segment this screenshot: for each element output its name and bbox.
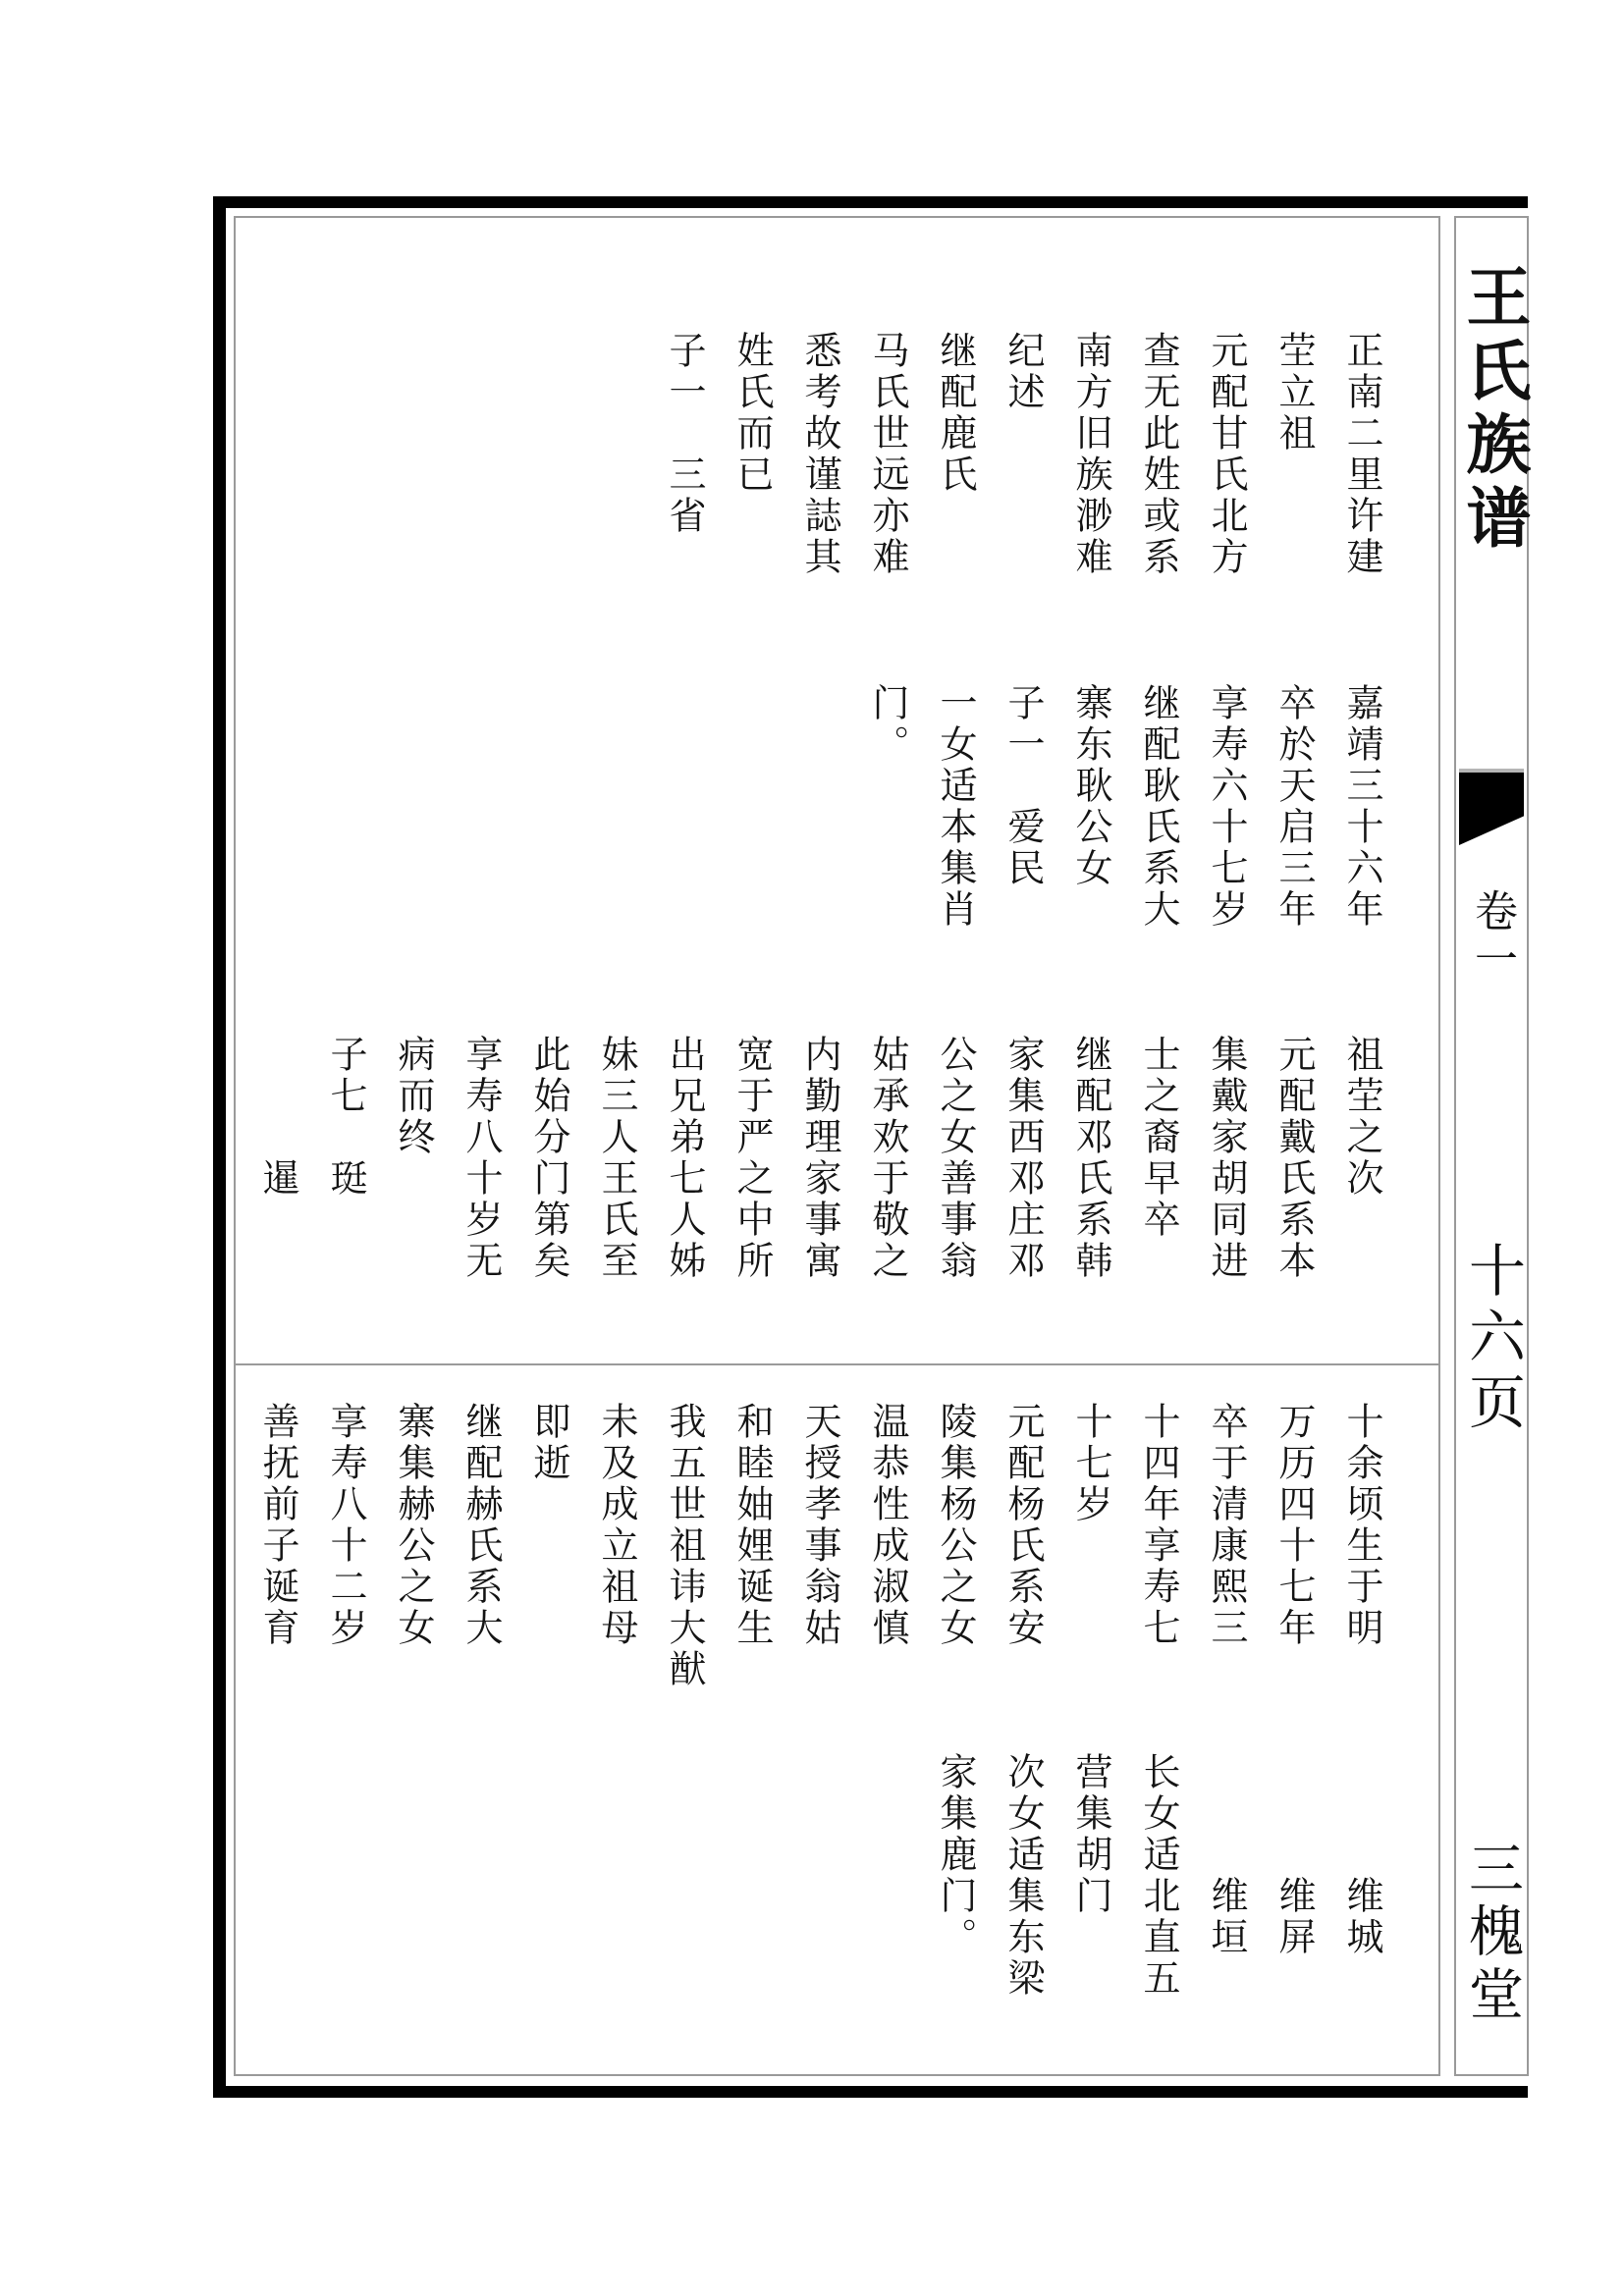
genealogy-column: 家集鹿门。 [935, 1752, 974, 1958]
genealogy-column: 宽于严之中所 [731, 1035, 771, 1282]
genealogy-column: 集戴家胡同进 [1206, 1035, 1245, 1282]
genealogy-column: 一女适本集肖 [935, 683, 974, 931]
genealogy-column: 嘉靖三十六年 [1341, 683, 1380, 931]
genealogy-column: 公之女善事翁 [935, 1035, 974, 1282]
entry-band-middle: 祖茔之次元配戴氏系本集戴家胡同进士之裔早卒继配邓氏系韩家集西邓庄邓公之女善事翁姑… [257, 1035, 1380, 1282]
genealogy-column: 南方旧族渺难 [1070, 331, 1110, 578]
entry-band-lower: 十余顷生于明万历四十七年卒于清康熙三十四年享寿七十七岁元配杨氏系安陵集杨公之女温… [257, 1402, 1380, 1690]
title-strip: 王氏族谱 卷一 十六页 三槐堂 [1454, 216, 1529, 2076]
genealogy-column: 陵集杨公之女 [935, 1402, 974, 1649]
genealogy-column: 子七 珽 [325, 1035, 364, 1200]
genealogy-column: 出兄弟七人姊 [664, 1035, 703, 1282]
genealogy-column: 悉考故谨誌其 [799, 331, 839, 578]
genealogy-page: 正南二里许建茔立祖元配甘氏北方查无此姓或系南方旧族渺难纪述继配鹿氏马氏世远亦难悉… [0, 0, 1624, 2296]
hall-name-label: 三槐堂 [1461, 1840, 1522, 2028]
genealogy-column: 未及成立祖母 [596, 1402, 635, 1649]
genealogy-column: 十四年享寿七 [1138, 1402, 1177, 1649]
volume-label: 卷一 [1467, 888, 1516, 985]
genealogy-column: 营集胡门 [1070, 1752, 1110, 1917]
entry-band-upper-intro: 正南二里许建茔立祖元配甘氏北方查无此姓或系南方旧族渺难纪述继配鹿氏马氏世远亦难悉… [664, 331, 1380, 578]
genealogy-column: 寨集赫公之女 [393, 1402, 432, 1649]
genealogy-column: 寨东耿公女 [1070, 683, 1110, 889]
genealogy-column: 姑承欢于敬之 [867, 1035, 906, 1282]
genealogy-column: 马氏世远亦难 [867, 331, 906, 578]
genealogy-column: 查无此姓或系 [1138, 331, 1177, 578]
genealogy-column: 家集西邓庄邓 [1002, 1035, 1042, 1282]
fishtail-mark [1459, 769, 1524, 845]
genealogy-column: 继配赫氏系大 [460, 1402, 500, 1649]
genealogy-column: 祖茔之次 [1341, 1035, 1380, 1200]
genealogy-column: 继配鹿氏 [935, 331, 974, 496]
genealogy-column: 次女适集东梁 [1002, 1752, 1042, 2000]
genealogy-column: 维城 [1341, 1752, 1380, 1958]
genealogy-column: 纪述 [1002, 331, 1042, 413]
genealogy-column: 卒于清康熙三 [1206, 1402, 1245, 1649]
genealogy-column: 十余顷生于明 [1341, 1402, 1380, 1649]
genealogy-column: 维屏 [1273, 1752, 1313, 1958]
genealogy-column: 士之裔早卒 [1138, 1035, 1177, 1241]
genealogy-column: 温恭性成淑慎 [867, 1402, 906, 1649]
genealogy-column: 门。 [867, 683, 906, 766]
genealogy-column: 继配耿氏系大 [1138, 683, 1177, 931]
genealogy-column: 我五世祖讳大猷 [664, 1402, 703, 1690]
entry-band-lower-children: 维城 维屏 维垣长女适北直五营集胡门次女适集东梁家集鹿门。 [935, 1752, 1380, 2000]
genealogy-column: 暹 [257, 1035, 297, 1200]
genealogy-column: 元配杨氏系安 [1002, 1402, 1042, 1649]
entry-band-upper-detail: 嘉靖三十六年卒於天启三年享寿六十七岁继配耿氏系大寨东耿公女子一 爱民一女适本集肖… [867, 683, 1380, 931]
page-number-label: 十六页 [1460, 1241, 1523, 1438]
genealogy-column: 卒於天启三年 [1273, 683, 1313, 931]
genealogy-column: 和睦妯娌诞生 [731, 1402, 771, 1649]
genealogy-column: 继配邓氏系韩 [1070, 1035, 1110, 1282]
genealogy-column: 善抚前子诞育 [257, 1402, 297, 1649]
genealogy-column: 元配甘氏北方 [1206, 331, 1245, 578]
genealogy-column: 妹三人王氏至 [596, 1035, 635, 1282]
genealogy-column: 天授孝事翁姑 [799, 1402, 839, 1649]
genealogy-column: 正南二里许建 [1341, 331, 1380, 578]
genealogy-column: 享寿八十岁无 [460, 1035, 500, 1282]
genealogy-column: 十七岁 [1070, 1402, 1110, 1525]
genealogy-column: 享寿六十七岁 [1206, 683, 1245, 931]
genealogy-column: 茔立祖 [1273, 331, 1313, 454]
genealogy-column: 元配戴氏系本 [1273, 1035, 1313, 1282]
section-divider [234, 1363, 1440, 1365]
genealogy-column: 享寿八十二岁 [325, 1402, 364, 1649]
genealogy-column: 即逝 [528, 1402, 568, 1484]
book-title: 王氏族谱 [1456, 263, 1527, 558]
genealogy-column: 万历四十七年 [1273, 1402, 1313, 1649]
genealogy-column: 姓氏而已 [731, 331, 771, 496]
genealogy-column: 子一 爱民 [1002, 683, 1042, 889]
genealogy-column: 长女适北直五 [1138, 1752, 1177, 2000]
genealogy-column: 维垣 [1206, 1752, 1245, 1958]
genealogy-column: 内勤理家事寓 [799, 1035, 839, 1282]
genealogy-column: 病而终 [393, 1035, 432, 1158]
genealogy-column: 子一 三省 [664, 331, 703, 537]
genealogy-column: 此始分门第矣 [528, 1035, 568, 1282]
